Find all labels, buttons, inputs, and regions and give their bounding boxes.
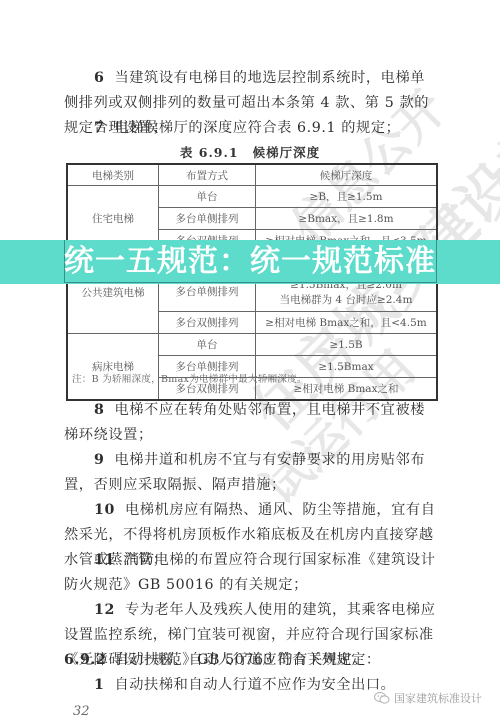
clause-text: 电梯井道和机房不宜与有安静要求的用房贴邻布置，否则应采取隔振、隔声措施；: [64, 452, 425, 493]
clause-11: 11消防电梯的布置应符合现行国家标准《建筑设计防火规范》GB 50016 的有关…: [64, 548, 436, 598]
section-6-9-2: 6.9.2自动扶梯、自动人行道应符合下列规定：: [64, 648, 436, 673]
clause-text: 消防电梯的布置应符合现行国家标准《建筑设计防火规范》GB 50016 的有关规定…: [64, 552, 436, 593]
depth-cell: ≥B，且≥1.5m: [256, 186, 438, 208]
clause-number: 11: [94, 552, 115, 568]
table-row: 住宅电梯 单台 ≥B，且≥1.5m: [67, 186, 437, 208]
document-page: 住房城乡建设部 信息公开 试运行用 6当建筑设有电梯目的地选层控制系统时，电梯单…: [0, 0, 500, 724]
clause-number: 10: [94, 502, 115, 518]
table-note: 注：B 为轿厢深度，Bmax为电梯群中最大轿厢深度。: [72, 371, 307, 385]
clause-9: 9电梯井道和机房不宜与有安静要求的用房贴邻布置，否则应采取隔振、隔声措施；: [64, 448, 436, 498]
clause-text: 电梯候梯厅的深度应符合表 6.9.1 的规定；: [114, 120, 400, 136]
clause-text: 自动扶梯和自动人行道不应作为安全出口。: [114, 677, 395, 693]
layout-cell: 单台: [159, 334, 256, 356]
layout-cell: 多台单侧排列: [159, 208, 256, 230]
table-number: 表 6.9.1: [180, 145, 239, 160]
page-number: 32: [73, 704, 90, 719]
source-label[interactable]: 国家建筑标准设计: [374, 690, 482, 706]
clause-number: 6: [94, 70, 104, 86]
wechat-icon: [374, 691, 390, 705]
layout-cell: 多台双侧排列: [159, 312, 256, 334]
clause-text: 电梯不应在转角处贴邻布置，且电梯井不宜被楼梯环绕设置；: [64, 402, 425, 443]
table-caption: 表 6.9.1候梯厅深度: [0, 143, 500, 161]
clause-number: 1: [94, 677, 104, 693]
clause-number: 7: [94, 120, 104, 136]
depth-cell: ≥相对电梯 Bmax之和，且<4.5m: [256, 312, 438, 334]
clause-number: 12: [94, 602, 115, 618]
section-text: 自动扶梯、自动人行道应符合下列规定：: [115, 652, 381, 668]
clause-number: 9: [94, 452, 104, 468]
header-elevator-type: 电梯类别: [67, 164, 159, 186]
header-lobby-depth: 候梯厅深度: [256, 164, 438, 186]
clause-number: 8: [94, 402, 104, 418]
header-layout: 布置方式: [159, 164, 256, 186]
clause-7: 7电梯候梯厅的深度应符合表 6.9.1 的规定；: [64, 116, 436, 141]
table-header-row: 电梯类别 布置方式 候梯厅深度: [67, 164, 437, 186]
table-title: 候梯厅深度: [253, 145, 321, 160]
category-cell: 病床电梯: [67, 334, 159, 401]
layout-cell: 单台: [159, 186, 256, 208]
table-row: 病床电梯 单台 ≥1.5B: [67, 334, 437, 356]
depth-line-2: 当电梯群为 4 台时应≥2.4m: [260, 293, 432, 308]
title-banner-text: 统一五规范：统一规范标准: [0, 240, 500, 284]
clause-8: 8电梯不应在转角处贴邻布置，且电梯井不宜被楼梯环绕设置；: [64, 398, 436, 448]
depth-cell: ≥Bmax，且≥1.8m: [256, 208, 438, 230]
depth-cell: ≥1.5B: [256, 334, 438, 356]
section-number: 6.9.2: [64, 652, 107, 668]
source-text: 国家建筑标准设计: [394, 690, 482, 706]
